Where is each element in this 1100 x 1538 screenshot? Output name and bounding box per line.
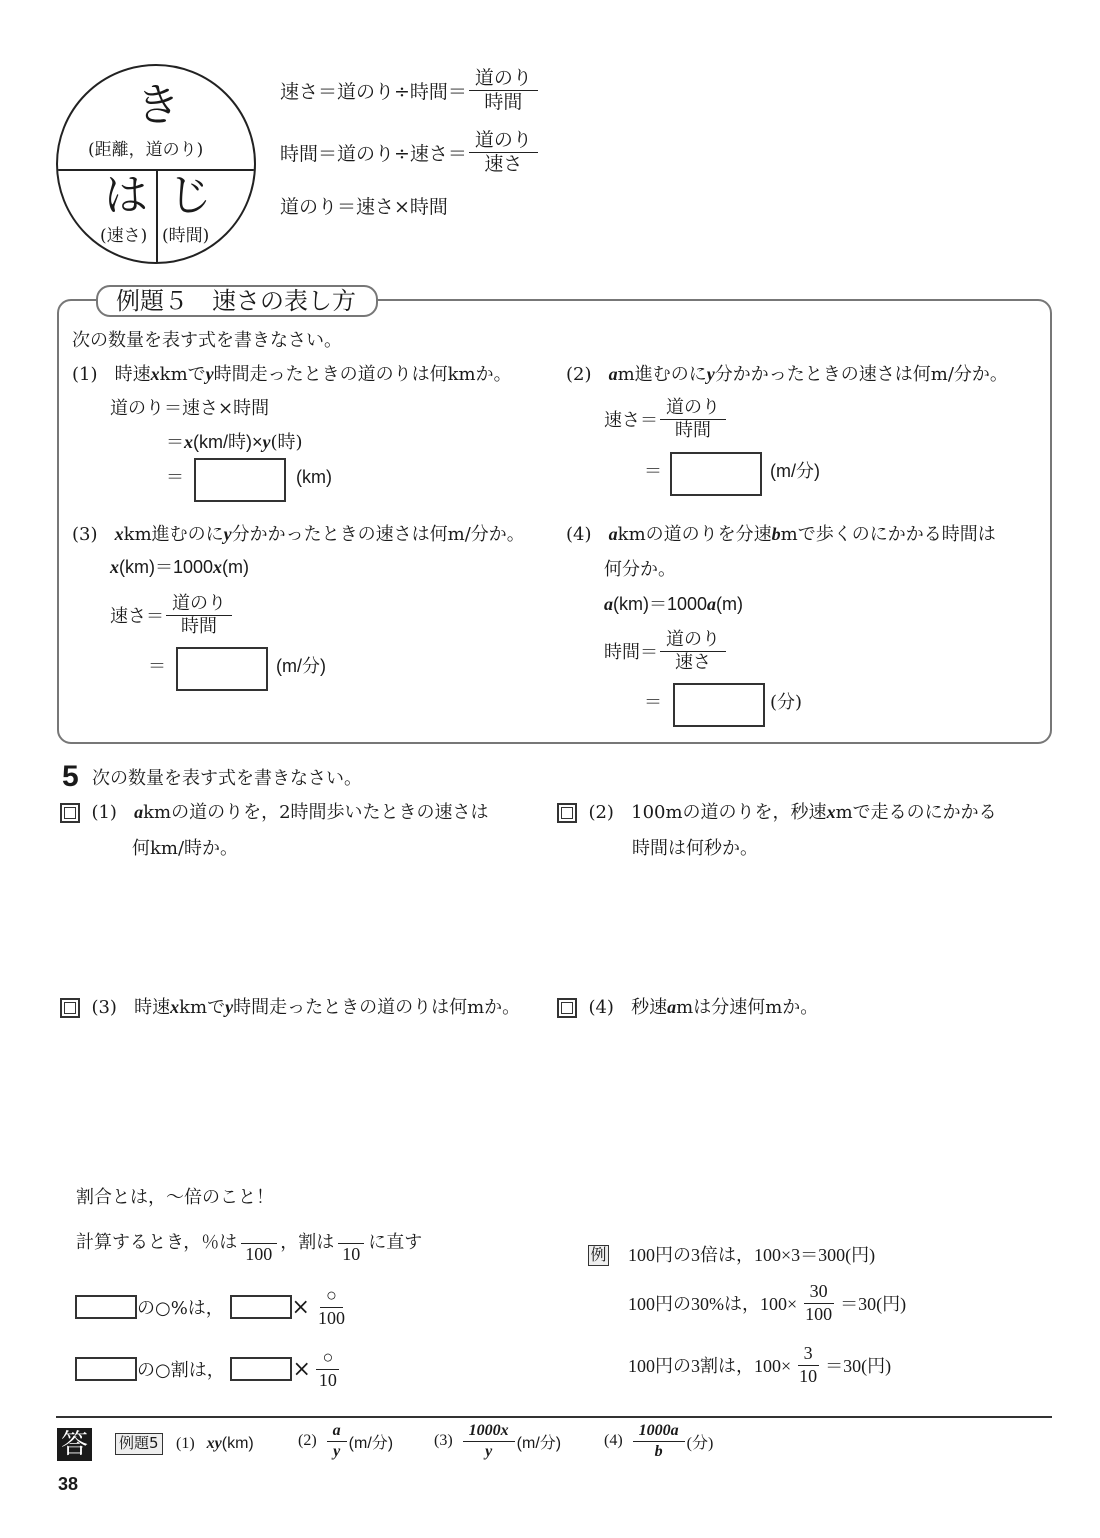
example-q4-prompt: (4) akmの道のりを分速bmで歩くのにかかる時間は: [566, 524, 996, 546]
answer-badge: 答: [57, 1428, 92, 1461]
rei-badge: 例: [588, 1245, 609, 1266]
kihaji-top-char: き: [136, 84, 180, 128]
example-q1-eq: ＝: [166, 467, 184, 489]
example-q3-eq: ＝: [148, 656, 166, 678]
ratio-percent-row: の○%は， × ○ 100: [75, 1286, 353, 1329]
example-q1-prompt: (1) 時速xkmでy時間走ったときの道のりは何kmか。: [72, 364, 512, 386]
example-q1-answer-box[interactable]: [194, 458, 286, 502]
example-q2-prompt: (2) am進むのにy分かかったときの速さは何m/分か。: [566, 364, 1008, 386]
example-q3-formula: 速さ＝ 道のり 時間: [110, 594, 234, 637]
ratio-note-title: 割合とは，〜倍のこと！: [76, 1187, 274, 1209]
blank-box[interactable]: [230, 1295, 292, 1319]
kihaji-left-char: は: [104, 174, 148, 218]
example-q4-prompt-cont: 何分か。: [604, 559, 676, 581]
exercise-item-1: (1) akmの道のりを，2時間歩いたときの速さは: [60, 802, 489, 824]
example-q3-conversion: x(km)＝1000x(m): [110, 557, 249, 579]
example-q3-unit: (m/分): [276, 656, 326, 678]
example-q4-unit: (分): [770, 692, 802, 714]
rei-example-2: 100円の30%は，100× 30 100 ＝30(円): [628, 1282, 906, 1325]
example-q4-answer-box[interactable]: [673, 683, 765, 727]
example-instruction: 次の数量を表す式を書きなさい。: [72, 330, 342, 352]
fraction: ○ 10: [313, 1348, 343, 1391]
example-q3-answer-box[interactable]: [176, 647, 268, 691]
checkbox[interactable]: [557, 803, 577, 823]
example-q4-eq: ＝: [644, 692, 662, 714]
exercise-instruction: 次の数量を表す式を書きなさい。: [92, 768, 362, 790]
answer-divider: [56, 1416, 1052, 1418]
fraction: 道のり 速さ: [660, 630, 726, 673]
exercise-number: 5: [62, 762, 79, 792]
fraction: 100: [239, 1242, 278, 1265]
fraction: 1000x y: [463, 1422, 515, 1460]
ratio-wari-row: の○割は， × ○ 10: [75, 1348, 345, 1391]
example-q2-formula: 速さ＝ 道のり 時間: [604, 398, 728, 441]
answer-1: (1) xy(km): [176, 1434, 254, 1453]
blank-box[interactable]: [230, 1357, 292, 1381]
fraction: 1000a b: [633, 1422, 685, 1460]
example-q1-unit: (km): [296, 467, 332, 489]
rei-example-3: 100円の3割は，100× 3 10 ＝30(円): [628, 1344, 891, 1387]
example-q1-step1: 道のり＝速さ×時間: [110, 398, 269, 420]
kihaji-top-label: (距離，道のり): [88, 142, 203, 159]
checkbox[interactable]: [60, 803, 80, 823]
fraction: 道のり 速さ: [469, 130, 538, 175]
answer-2: (2) a y (m/分): [298, 1422, 393, 1460]
example-q2-eq: ＝: [644, 461, 662, 483]
blank-box[interactable]: [75, 1295, 137, 1319]
exercise-item-1-cont: 何km/時か。: [132, 838, 238, 860]
formula-distance: 道のり＝速さ×時間: [280, 192, 448, 219]
example-q2-answer-box[interactable]: [670, 452, 762, 496]
kihaji-left-label: (速さ): [100, 228, 147, 245]
kihaji-right-label: (時間): [162, 228, 209, 245]
exercise-item-3: (3) 時速xkmでy時間走ったときの道のりは何mか。: [60, 997, 520, 1019]
fraction: 道のり 時間: [660, 398, 726, 441]
answer-4: (4) 1000a b (分): [604, 1422, 713, 1460]
fraction: ○ 100: [312, 1286, 351, 1329]
checkbox[interactable]: [60, 998, 80, 1018]
formula-speed: 速さ＝道のり÷時間＝ 道のり 時間: [280, 68, 540, 113]
formula-time: 時間＝道のり÷速さ＝ 道のり 速さ: [280, 130, 540, 175]
example-q4-formula: 時間＝ 道のり 速さ: [604, 630, 728, 673]
example-q1-step2: ＝x(km/時)×y(時): [166, 432, 303, 454]
page-number: 38: [58, 1474, 78, 1495]
kihaji-right-char: じ: [168, 174, 212, 218]
fraction: 道のり 時間: [166, 594, 232, 637]
fraction: 3 10: [793, 1344, 823, 1387]
blank-box[interactable]: [75, 1357, 137, 1381]
fraction: 道のり 時間: [469, 68, 538, 113]
example-q3-prompt: (3) xkm進むのにy分かかったときの速さは何m/分か。: [72, 524, 525, 546]
exercise-item-2-cont: 時間は何秒か。: [632, 838, 758, 860]
kihaji-diagram: き (距離，道のり) は (速さ) じ (時間): [56, 64, 256, 264]
ratio-note-rule: 計算するとき，％は 100 ，割は 10 に直す: [76, 1232, 422, 1265]
circle-vertical-divider: [156, 170, 158, 262]
example-title: 例題５ 速さの表し方: [96, 285, 378, 317]
example-q4-conversion: a(km)＝1000a(m): [604, 594, 743, 616]
fraction: 10: [336, 1242, 366, 1265]
exercise-item-4: (4) 秒速amは分速何mか。: [557, 997, 818, 1019]
checkbox[interactable]: [557, 998, 577, 1018]
rei-example-1: 100円の3倍は，100×3＝300(円): [628, 1245, 875, 1267]
answer-example-tag: 例題5: [115, 1433, 163, 1455]
exercise-item-2: (2) 100mの道のりを，秒速xmで走るのにかかる: [557, 802, 997, 824]
answer-3: (3) 1000x y (m/分): [434, 1422, 561, 1460]
fraction: a y: [327, 1422, 347, 1460]
example-q2-unit: (m/分): [770, 461, 820, 483]
fraction: 30 100: [799, 1282, 838, 1325]
